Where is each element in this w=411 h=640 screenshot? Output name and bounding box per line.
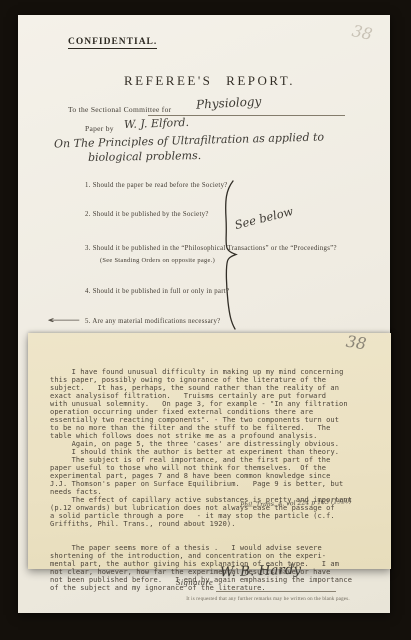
paper-by-label: Paper by [85, 124, 114, 133]
page-title: REFEREE'S REPORT. [124, 73, 295, 89]
question-5: 5. Are any material modifications necess… [85, 318, 221, 325]
paper-title-handwritten-line1: On The Principles of Ultrafiltration as … [54, 130, 324, 150]
handwritten-brace-icon [221, 180, 243, 332]
signature-label: Signature [176, 577, 213, 587]
question-3-note: (See Standing Orders on opposite page.) [100, 257, 215, 264]
paper-title-handwritten-line2: biological problems. [88, 149, 201, 164]
folio-number-pencil-typed: 38 [345, 332, 368, 354]
left-arrow-pencil-icon: ⟵ [47, 316, 81, 326]
folio-number-pencil: 38 [350, 21, 374, 44]
question-4: 4. Should it be published in full or onl… [85, 288, 229, 295]
typed-report-body: I have found unusual difficulty in makin… [50, 352, 384, 608]
referee-signature-handwritten: W. B. Hardy [220, 562, 302, 581]
question-2: 2. Should it be published by the Society… [85, 211, 209, 218]
paper-author-handwritten: W. J. Elford. [124, 116, 189, 131]
question-1: 1. Should the paper be read before the S… [85, 182, 228, 189]
confidential-stamp: CONFIDENTIAL. [68, 37, 157, 49]
question-3: 3. Should it be published in the “Philos… [85, 245, 337, 252]
typed-report-sheet: 38 I have found unusual difficulty in ma… [28, 333, 391, 569]
